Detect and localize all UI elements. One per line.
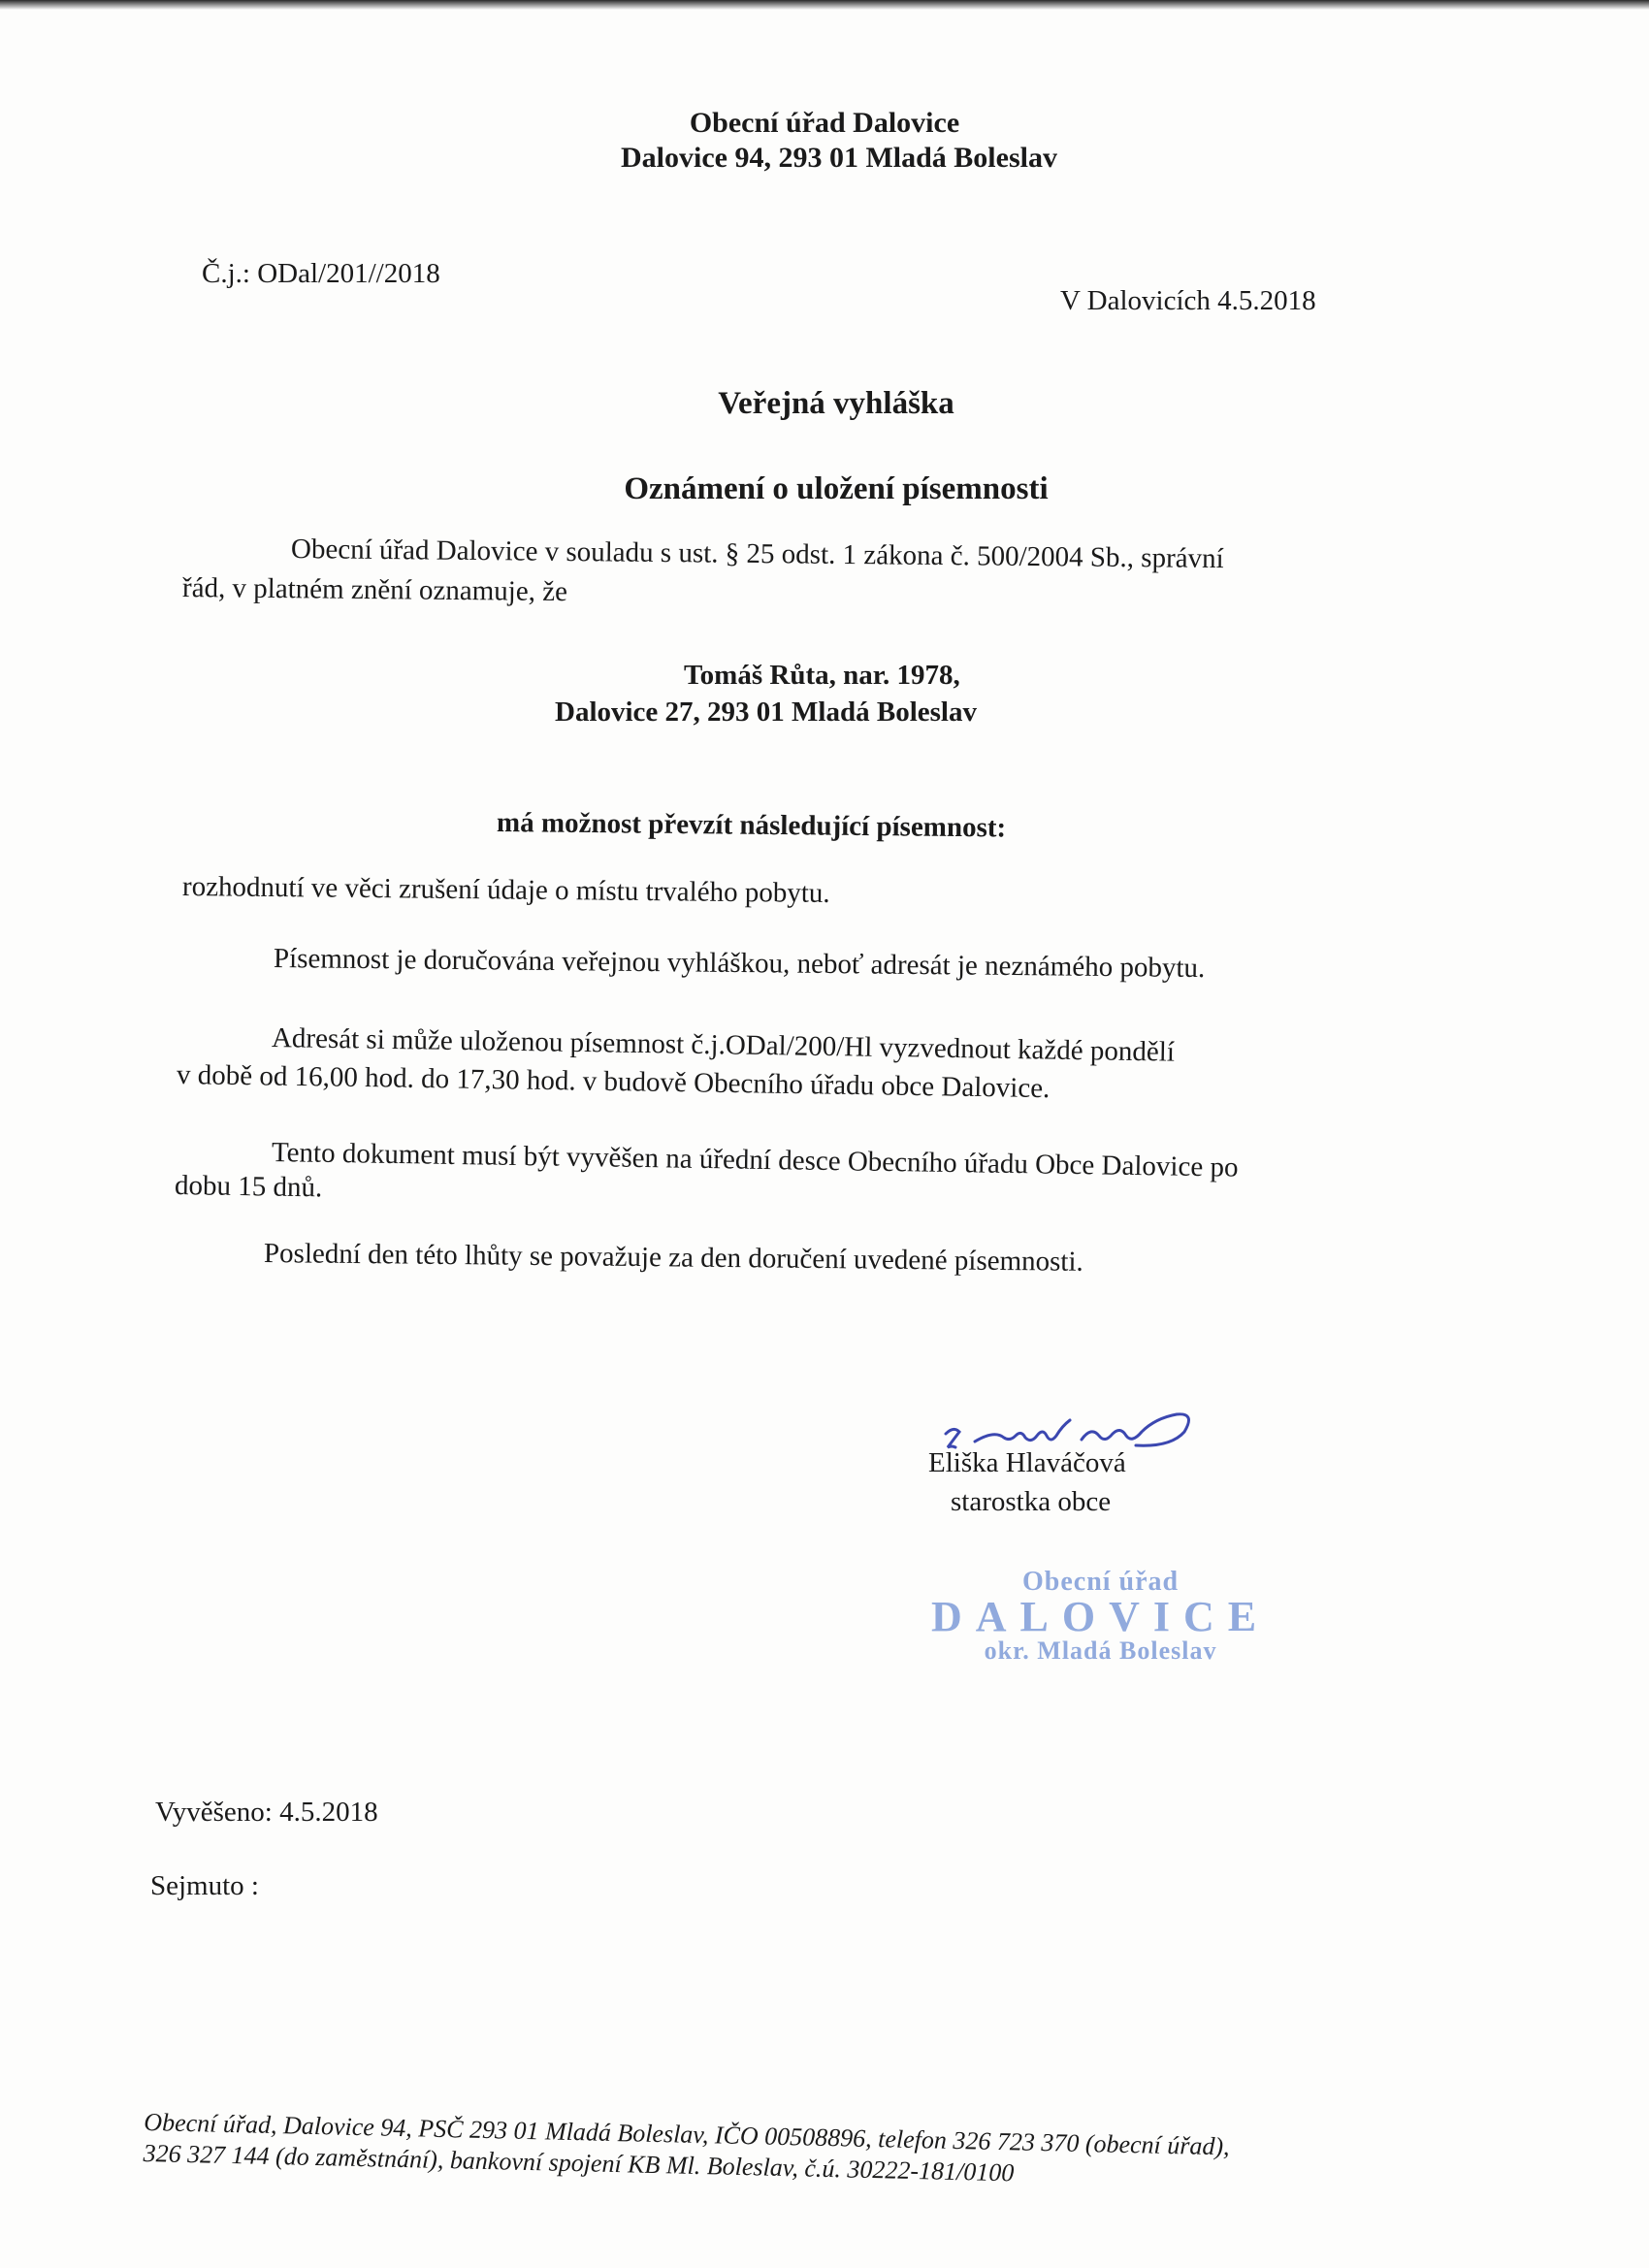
office-address: Dalovice 94, 293 01 Mladá Boleslav: [0, 140, 1649, 177]
place-date: V Dalovicích 4.5.2018: [1060, 285, 1316, 317]
posted-date: Vyvěšeno: 4.5.2018: [155, 1797, 378, 1829]
notice-heading: má možnost převzít následující písemnost…: [497, 807, 1007, 844]
paragraph-delivery: Písemnost je doručována veřejnou vyhlášk…: [274, 943, 1206, 985]
intro-line-2: řád, v platném znění oznamuje, že: [182, 572, 567, 608]
stamp-line-3: okr. Mladá Boleslav: [931, 1636, 1270, 1666]
paragraph-pickup-line-1: Adresát si může uloženou písemnost č.j.O…: [272, 1022, 1175, 1069]
reference-number: Č.j.: ODal/201//2018: [202, 258, 440, 290]
footer-contact: Obecní úřad, Dalovice 94, PSČ 293 01 Mla…: [143, 2107, 1230, 2193]
paragraph-deadline: Poslední den této lhůty se považuje za d…: [264, 1238, 1083, 1279]
removed-date: Sejmuto :: [150, 1870, 259, 1902]
official-stamp: Obecní úřad DALOVICE okr. Mladá Boleslav: [931, 1567, 1270, 1666]
signatory-role: starostka obce: [951, 1486, 1111, 1518]
stamp-line-2: DALOVICE: [931, 1598, 1270, 1636]
paragraph-pickup-line-2: v době od 16,00 hod. do 17,30 hod. v bud…: [177, 1059, 1051, 1105]
addressee-name: Tomáš Růta, nar. 1978,: [684, 660, 960, 692]
document-subtitle: Oznámení o uložení písemnosti: [0, 471, 1649, 507]
signatory-name: Eliška Hlaváčová: [928, 1447, 1126, 1479]
paragraph-posting-line-2: dobu 15 dnů.: [175, 1170, 323, 1204]
addressee-address: Dalovice 27, 293 01 Mladá Boleslav: [555, 697, 977, 729]
intro-line-1: Obecní úřad Dalovice v souladu s ust. § …: [291, 534, 1224, 575]
document-description: rozhodnutí ve věci zrušení údaje o místu…: [182, 871, 830, 910]
scan-edge: [0, 0, 1649, 10]
letterhead: Obecní úřad Dalovice Dalovice 94, 293 01…: [0, 105, 1649, 177]
document-title: Veřejná vyhláška: [0, 386, 1649, 422]
paragraph-posting-line-1: Tento dokument musí být vyvěšen na úředn…: [272, 1137, 1239, 1184]
office-name: Obecní úřad Dalovice: [0, 105, 1649, 142]
